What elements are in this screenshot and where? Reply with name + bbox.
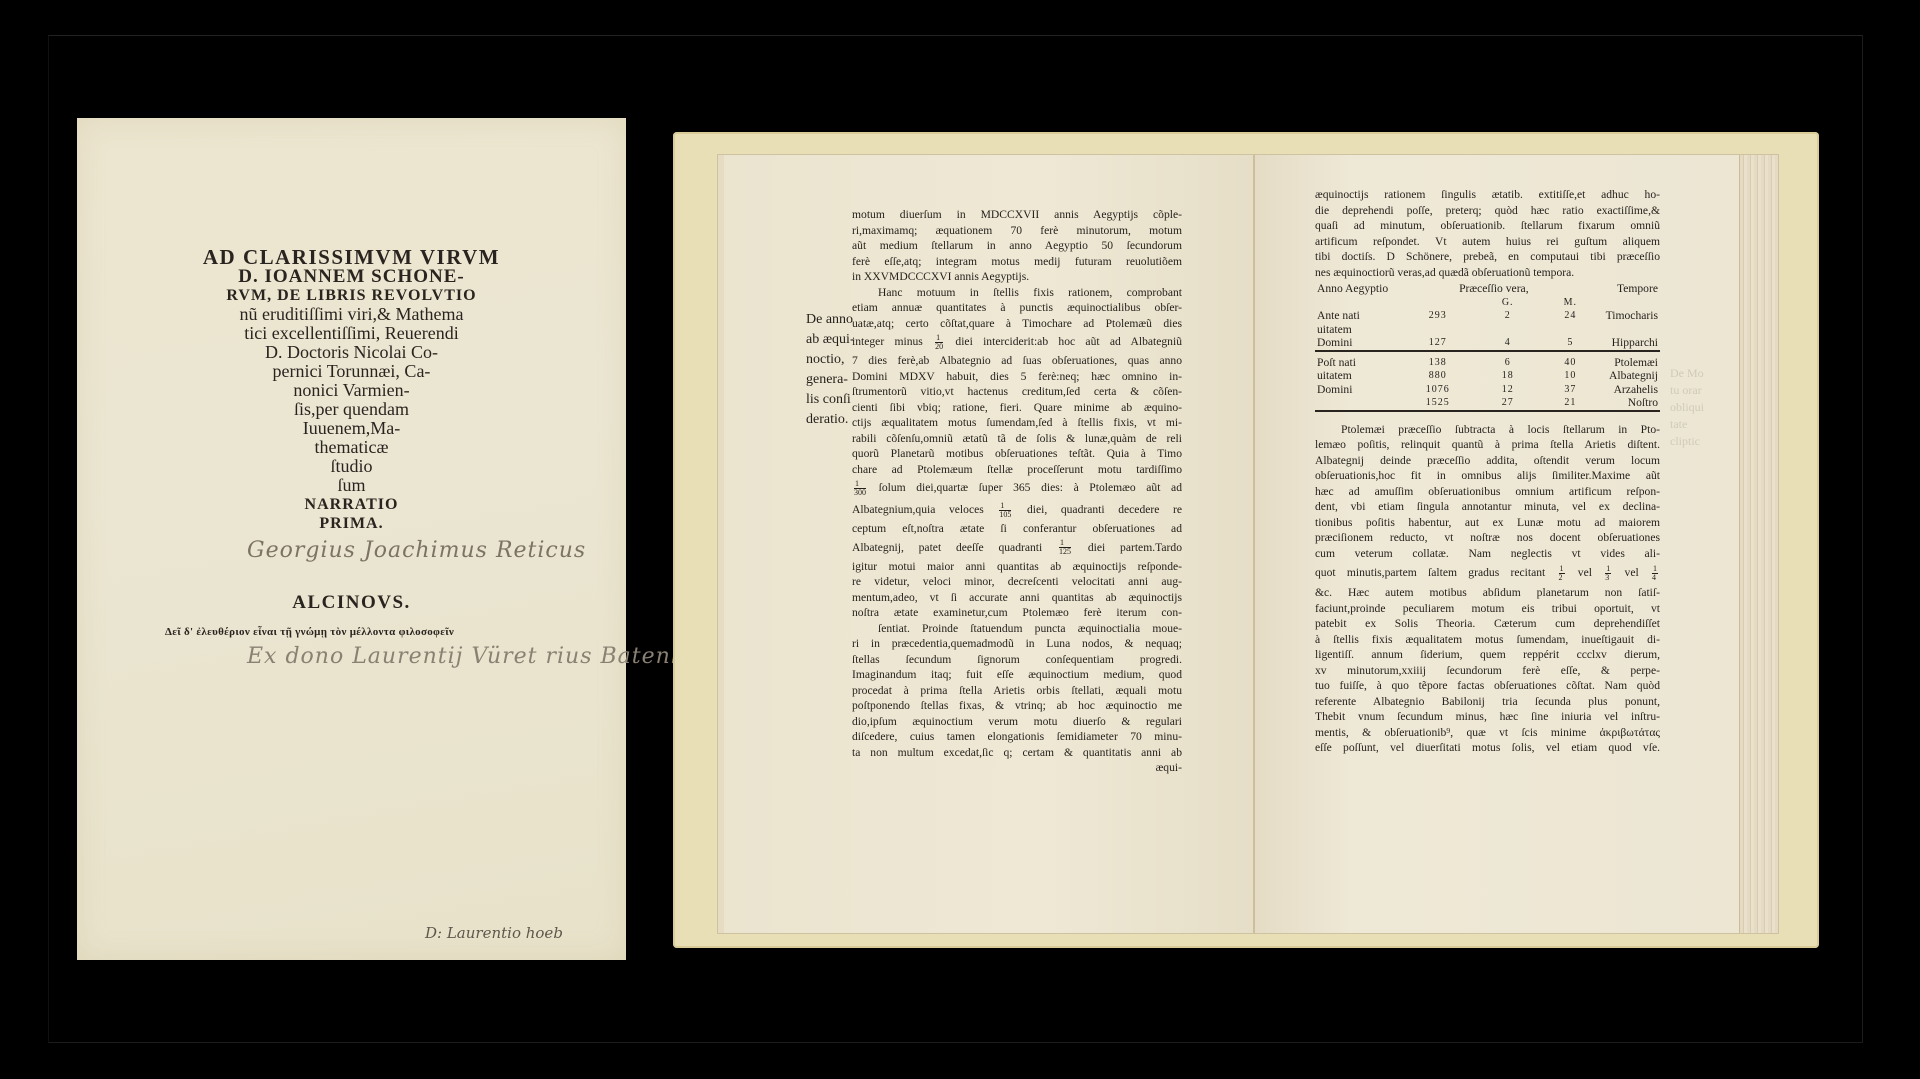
text-line: uatæ,atq; certo cõſtat,quare à Timochare… [852, 316, 1182, 332]
bleed-through-line: tate [1670, 416, 1704, 433]
text-line: noſtra ætate examinetur,cum Ptolemæo fer… [852, 605, 1182, 621]
text-line: Albategnij, patet deeſſe quadranti 1125 … [852, 537, 1182, 559]
text-line: tibi doctiſs. D Schönere, prebeã, en com… [1315, 249, 1660, 265]
text-line: Hanc motuum in ſtellis fixis rationem, c… [852, 285, 1182, 301]
title-line: nonici Varmien- [77, 381, 626, 400]
title-line: nũ eruditiſſimi viri,& Mathema [77, 305, 626, 324]
table-row: Ante nati293224Timocharis [1315, 309, 1660, 323]
table-cell [1582, 323, 1660, 337]
table-row: G.M. [1315, 296, 1660, 310]
text-line: re videtur, veloci minor, decreſcenti ve… [852, 574, 1182, 590]
table-cell: 5 [1558, 336, 1582, 351]
table-row: 15252721Noſtro [1315, 396, 1660, 411]
bleed-through-line: obliqui [1670, 399, 1704, 416]
right-page-text: æquinoctijs rationem ſingulis ætatib. ex… [1315, 187, 1660, 756]
fraction: 12 [1559, 565, 1565, 582]
table-cell: Præceſſio vera, [1457, 282, 1558, 296]
fraction: 1105 [999, 502, 1011, 519]
table-cell: Timocharis [1582, 309, 1660, 323]
text-line: procedat à prima ſtella Arietis orbis ſt… [852, 683, 1182, 699]
precession-table: Anno AegyptioPræceſſio vera,TemporeG.M.A… [1315, 282, 1660, 416]
text-line: igitur motui maior anni quantitas ab æqu… [852, 559, 1182, 575]
text-line: integer minus 120 diei interciderit:ab h… [852, 331, 1182, 353]
table-row: Domini12745Hipparchi [1315, 336, 1660, 351]
text-line: ta non multum excedat,ſic q; certam & qu… [852, 745, 1182, 761]
table-cell: uitatem [1315, 323, 1419, 337]
text-line: ligentiſſ. annum ſiderium, quem reppérit… [1315, 647, 1660, 663]
epigraph-greek: Δεῖ δ' ἐλευθέριον εἶναι τῇ γνώμῃ τὸν μέλ… [165, 626, 454, 638]
title-line: ſum [77, 476, 626, 495]
table-rule [1315, 411, 1660, 416]
text-line: in XXVMDCCCXVI annis Aegyptijs. [852, 269, 1182, 285]
table-cell: Noſtro [1582, 396, 1660, 411]
table-cell: Ptolemæi [1582, 356, 1660, 370]
bleed-through-text: De Motu orarobliquitatecliptic [1670, 365, 1704, 450]
title-line: ſis,per quendam [77, 400, 626, 419]
table-row: Domini10761237Arzahelis [1315, 383, 1660, 397]
bleed-through-line: De Mo [1670, 365, 1704, 382]
text-line: ſtrumentorũ vitio,vt hactenus creditum,ſ… [852, 384, 1182, 400]
table-cell: 12 [1457, 383, 1558, 397]
text-line: ſtellas ſecundum ſignorum conſequentiam … [852, 652, 1182, 668]
text-line: 7 dies ferè,ab Albategnio ad ſuas obſeru… [852, 353, 1182, 369]
title-line: thematicæ [77, 438, 626, 457]
text-line: Ptolemæi præceſſio ſubtracta à locis ſte… [1315, 422, 1660, 438]
text-line: xv minutorum,xxiiij ſecundorum ferè eſſe… [1315, 663, 1660, 679]
text-line: mentis, & obſeruationib⁹, quæ vt ſcis mi… [1315, 725, 1660, 741]
gloss-line: deratio. [806, 410, 855, 430]
text-line: die deprehendi poſſe, preterq; quòd hæc … [1315, 203, 1660, 219]
text-line: obſeruationis,hoc fit in omnibus alijs ſ… [1315, 468, 1660, 484]
text-line: motum diuerſum in MDCCXVII annis Aegypti… [852, 207, 1182, 223]
text-line: ceptum eſt,noſtra ætate ſi conferantur o… [852, 521, 1182, 537]
table-cell: 24 [1558, 309, 1582, 323]
table-cell: Poſt nati [1315, 356, 1419, 370]
text-line: nes æquinoctiorũ veras,ad quædã obſeruat… [1315, 265, 1660, 281]
text-line: Albategnium,quia veloces 1105 diei, quad… [852, 499, 1182, 521]
text-line: patebit ex Solis Theoria. Cæterum cum de… [1315, 616, 1660, 632]
title-line: Iuuenem,Ma- [77, 419, 626, 438]
table-cell: uitatem [1315, 369, 1419, 383]
fraction: 14 [1652, 565, 1658, 582]
book-pages: De anno ab æqui- noctio, genera- lis con… [717, 154, 1779, 934]
table-cell: Albategnij [1582, 369, 1660, 383]
table-cell: 4 [1457, 336, 1558, 351]
text-line: rabili cõſenſu,omniũ ætatũ tã de ſolis &… [852, 431, 1182, 447]
epigraph-author: ALCINOVS. [77, 592, 626, 614]
fraction: 13 [1605, 565, 1611, 582]
title-line: RVM, DE LIBRIS REVOLVTIO [77, 286, 626, 305]
fraction: 1125 [1059, 539, 1071, 556]
text-line: cum veterum collatæ. Nam neglectis vt vi… [1315, 546, 1660, 562]
table-cell: 37 [1558, 383, 1582, 397]
right-page-body: Ptolemæi præceſſio ſubtracta à locis ſte… [1315, 422, 1660, 756]
text-line: artificum reſpondet. Vt autem huius rei … [1315, 234, 1660, 250]
text-line: poſtponendo ſtellas fixas, & vtrinq; ab … [852, 698, 1182, 714]
text-line: Albategnij deinde præceſſio addita, oſte… [1315, 453, 1660, 469]
text-line: tuo fuiſſe, à quo tẽpore factas obſeruat… [1315, 678, 1660, 694]
title-line: ſtudio [77, 457, 626, 476]
text-line: quaſi ad minutum, obſeruationib. ſtellar… [1315, 218, 1660, 234]
table-cell [1315, 296, 1419, 310]
text-line: quot minutis,partem ſaltem gradus recita… [1315, 561, 1660, 585]
table-cell: 6 [1457, 356, 1558, 370]
table-cell: Arzahelis [1582, 383, 1660, 397]
table-cell: Tempore [1582, 282, 1660, 296]
table-cell: 40 [1558, 356, 1582, 370]
text-line: à ſtellis fixis æqualitatem motus ſumend… [1315, 632, 1660, 648]
table-cell: 21 [1558, 396, 1582, 411]
table-cell: 880 [1419, 369, 1458, 383]
text-line: diſcedere, cuius tamen elongationis ſemi… [852, 729, 1182, 745]
text-line: ri,maximamq; æquationem 70 ferè minutoru… [852, 223, 1182, 239]
text-line: faciunt,proinde peculiarem motum eis tri… [1315, 601, 1660, 617]
text-line: referente Albategnio Babilonij tria ſecu… [1315, 694, 1660, 710]
title-line: PRIMA. [77, 514, 626, 533]
table-cell [1457, 323, 1558, 337]
table-cell: 127 [1419, 336, 1458, 351]
text-line: aũt medium ſtellarum in anno Aegyptio 50… [852, 238, 1182, 254]
title-line: D. Doctoris Nicolai Co- [77, 343, 626, 362]
text-line: Thebit vnum ſecundum minus, hæc ſine ini… [1315, 709, 1660, 725]
text-line: æqui- [852, 760, 1182, 776]
text-line: 1300 ſolum diei,quartæ ſuper 365 dies: à… [852, 477, 1182, 499]
table-cell: 27 [1457, 396, 1558, 411]
fraction: 1300 [854, 480, 866, 497]
gloss-line: De anno [806, 310, 855, 330]
table-cell [1419, 296, 1458, 310]
table-cell: 138 [1419, 356, 1458, 370]
text-line: etiam annuæ quantitates à punctis æquino… [852, 300, 1182, 316]
table-cell: Ante nati [1315, 309, 1419, 323]
open-book: De anno ab æqui- noctio, genera- lis con… [673, 132, 1819, 948]
title-line: AD CLARISSIMVM VIRVM [77, 248, 626, 267]
left-page-text: motum diuerſum in MDCCXVII annis Aegypti… [852, 207, 1182, 776]
text-line: chare ad Ptolemæum ſtellæ proceſſerunt m… [852, 462, 1182, 478]
table-cell: 18 [1457, 369, 1558, 383]
text-line: ri in præcedentia,quemadmodũ in Luna nod… [852, 636, 1182, 652]
handwritten-note: D: Laurentio hoeb [425, 924, 563, 942]
table-cell: Domini [1315, 383, 1419, 397]
text-line: quorũ Planetarũ motibus obſeruationes te… [852, 446, 1182, 462]
title-block: AD CLARISSIMVM VIRVM D. IOANNEM SCHONE- … [77, 248, 626, 533]
fraction: 120 [935, 334, 943, 351]
text-line: Imaginandum itaq; fuit eſſe æquinoctium … [852, 667, 1182, 683]
text-line: ctijs æqualitatem motus ſumendam,ſed à ſ… [852, 415, 1182, 431]
margin-gloss: De anno ab æqui- noctio, genera- lis con… [806, 310, 855, 430]
gloss-line: noctio, [806, 350, 855, 370]
table-cell [1315, 396, 1419, 411]
handwritten-inscription: Ex dono Laurentij Vüret rius Batenbergii [247, 644, 743, 669]
title-line: NARRATIO [77, 495, 626, 514]
text-line: &c. Hæc autem motibus abſidum planetarum… [1315, 585, 1660, 601]
bleed-through-line: tu orar [1670, 382, 1704, 399]
right-page: æquinoctijs rationem ſingulis ætatib. ex… [1255, 155, 1740, 933]
text-line: præciſionem reducto, vt noſtræ nos docen… [1315, 530, 1660, 546]
table-row: Anno AegyptioPræceſſio vera,Tempore [1315, 282, 1660, 296]
table-cell: 1076 [1419, 383, 1458, 397]
table-cell [1558, 282, 1582, 296]
right-page-intro: æquinoctijs rationem ſingulis ætatib. ex… [1315, 187, 1660, 280]
table-row: uitatem [1315, 323, 1660, 337]
title-line: tici excellentiſſimi, Reuerendi [77, 324, 626, 343]
title-page-leaf: AD CLARISSIMVM VIRVM D. IOANNEM SCHONE- … [77, 118, 626, 960]
gloss-line: ab æqui- [806, 330, 855, 350]
left-page: De anno ab æqui- noctio, genera- lis con… [724, 155, 1254, 933]
table-cell: 1525 [1419, 396, 1458, 411]
gloss-line: genera- [806, 370, 855, 390]
text-line: mentum,adeo, vt ſi accurate anni quantit… [852, 590, 1182, 606]
table-cell: 10 [1558, 369, 1582, 383]
text-line: hæc ad amuſſim obſeruationibus omnium ar… [1315, 484, 1660, 500]
table-cell: 2 [1457, 309, 1558, 323]
table-cell [1582, 296, 1660, 310]
text-line: dent, vbi etiam ſingula annotantur minut… [1315, 499, 1660, 515]
text-line: dio,ipſum æquinoctium verum motu diuerſo… [852, 714, 1182, 730]
table-cell: 293 [1419, 309, 1458, 323]
text-line: ſentiat. Proinde ſtatuendum puncta æquin… [852, 621, 1182, 637]
table-cell: Domini [1315, 336, 1419, 351]
bleed-through-line: cliptic [1670, 433, 1704, 450]
table-row: uitatem8801810Albategnij [1315, 369, 1660, 383]
table-row: Poſt nati138640Ptolemæi [1315, 356, 1660, 370]
handwritten-signature: Georgius Joachimus Reticus [247, 538, 586, 563]
gloss-line: lis conſi [806, 390, 855, 410]
text-line: Domini MDXV habuit, dies 5 ferè:neq; hæc… [852, 369, 1182, 385]
table-cell: Anno Aegyptio [1315, 282, 1419, 296]
table-cell [1558, 323, 1582, 337]
table-cell [1419, 282, 1458, 296]
table-cell: M. [1558, 296, 1582, 310]
text-line: lemæo poſitis, relinquit quantũ à prima … [1315, 437, 1660, 453]
table-cell: G. [1457, 296, 1558, 310]
text-line: cienti ſibi vbiq; ratione, fieri. Quare … [852, 400, 1182, 416]
text-line: æquinoctijs rationem ſingulis ætatib. ex… [1315, 187, 1660, 203]
table-cell [1419, 323, 1458, 337]
title-line: D. IOANNEM SCHONE- [77, 267, 626, 286]
text-line: eſſe poſſunt, vel diuerſitati motus ſoli… [1315, 740, 1660, 756]
text-line: ferè eſſe,atq; integram motus medij futu… [852, 254, 1182, 270]
title-line: pernici Torunnæi, Ca- [77, 362, 626, 381]
fore-edge [1739, 155, 1778, 933]
text-line: tionibus poſitis habentur, aut ex Lunæ m… [1315, 515, 1660, 531]
table-cell: Hipparchi [1582, 336, 1660, 351]
